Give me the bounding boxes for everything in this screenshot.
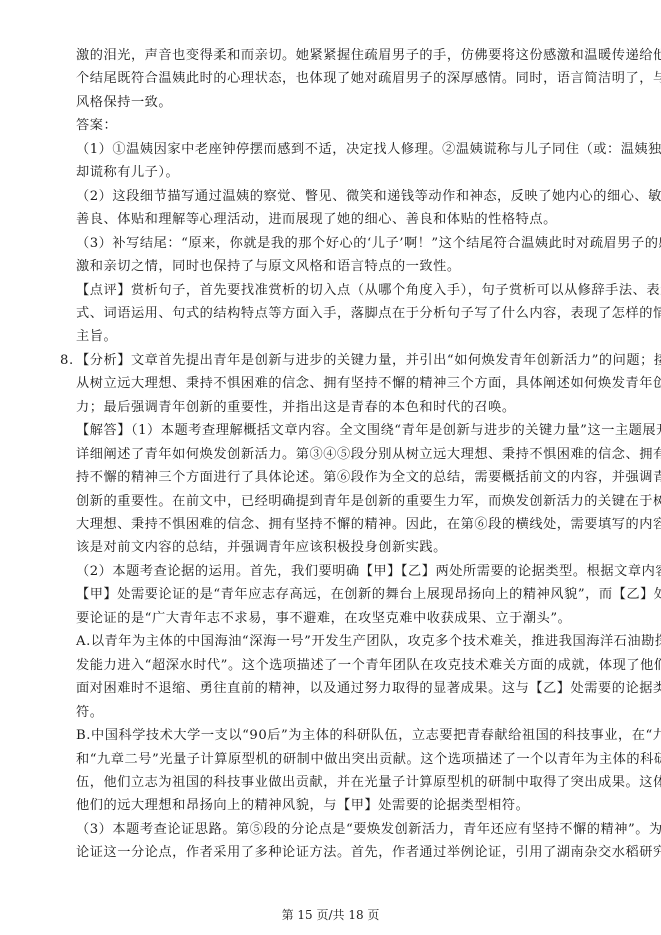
text-line: （2）本题考查论据的运用。首先，我们要明确【甲】【乙】两处所需要的论据类型。根据… [76, 562, 604, 582]
text-line: 要论证的是“广大青年志不求易，事不避难，在攻坚克难中收获成果、立于潮头”。 [76, 609, 604, 629]
text-line: 善良、体贴和理解等心理活动，进而展现了她的细心、善良和体贴的性格特点。 [76, 210, 604, 230]
text-line: 【点评】赏析句子，首先要找准赏析的切入点（从哪个角度入手），句子赏析可以从修辞手… [76, 281, 604, 301]
text-line: 面对困难时不退缩、勇往直前的精神，以及通过努力取得的显著成果。这与【乙】处需要的… [76, 679, 604, 699]
text-line: 持不懈的精神三个方面进行了具体论述。第⑥段作为全文的总结，需要概括前文的内容，并… [76, 468, 604, 488]
text-line: 大理想、秉持不惧困难的信念、拥有坚持不懈的精神。因此，在第⑥段的横线处，需要填写… [76, 515, 604, 535]
text-line: （3）本题考查论证思路。第⑤段的分论点是“要焕发创新活力，青年还应有坚持不懈的精… [76, 820, 604, 840]
text-line: 【甲】处需要论证的是“青年应志存高远，在创新的舞台上展现昂扬向上的精神风貌”，而… [76, 585, 604, 605]
text-line: A.以青年为主体的中国海油“深海一号”开发生产团队，攻克多个技术难关，推进我国海… [76, 632, 604, 652]
text-line: 发能力进入“超深水时代”。这个选项描述了一个青年团队在攻克技术难关方面的成就，体… [76, 656, 604, 676]
text-line: 从树立远大理想、秉持不惧困难的信念、拥有坚持不懈的精神三个方面，具体阐述如何焕发… [76, 374, 604, 394]
text-line: 主旨。 [76, 327, 604, 347]
text-line: B.中国科学技术大学一支以“90后”为主体的科研队伍，立志要把青春献给祖国的科技… [76, 726, 604, 746]
text-line: 详细阐述了青年如何焕发创新活力。第③④⑤段分别从树立远大理想、秉持不惧困难的信念… [76, 445, 604, 465]
text-line: 和“九章二号”光量子计算原型机的研制中做出突出贡献。这个选项描述了一个以青年为主… [76, 750, 604, 770]
text-line: 符。 [76, 703, 604, 723]
text-line: 创新的重要性。在前文中，已经明确提到青年是创新的重要生力军，而焕发创新活力的关键… [76, 492, 604, 512]
text-line: 论证这一分论点，作者采用了多种论证方法。首先，作者通过举例论证，引用了湖南杂交水… [76, 843, 604, 863]
text-line: 力；最后强调青年创新的重要性，并指出这是青春的本色和时代的召唤。 [76, 398, 604, 418]
text-line: 【解答】（1）本题考查理解概括文章内容。全文围绕“青年是创新与进步的关键力量”这… [76, 421, 604, 441]
text-line: （2）这段细节描写通过温姨的察觉、瞥见、微笑和递钱等动作和神态，反映了她内心的细… [76, 187, 604, 207]
text-line: 答案： [76, 116, 604, 136]
question-number: 8. [60, 351, 76, 371]
text-line: 他们的远大理想和昂扬向上的精神风貌，与【甲】处需要的论据类型相符。 [76, 796, 604, 816]
page-footer: 第 15 页/共 18 页 [0, 906, 661, 923]
text-line: 伍，他们立志为祖国的科技事业做出贡献，并在光量子计算原型机的研制中取得了突出成果… [76, 773, 604, 793]
text-line: 激的泪光，声音也变得柔和而亲切。她紧紧握住疏眉男子的手，仿佛要将这份感激和温暖传… [76, 46, 604, 66]
text-line: 该是对前文内容的总结，并强调青年应该积极投身创新实践。 [76, 538, 604, 558]
text-line: 个结尾既符合温姨此时的心理状态，也体现了她对疏眉男子的深厚感情。同时，语言简洁明… [76, 69, 604, 89]
text-line: 风格保持一致。 [76, 93, 604, 113]
text-line: （1）①温姨因家中老座钟停摆而感到不适，决定找人修理。②温姨谎称与儿子同住（或：… [76, 140, 604, 160]
text-line: 【分析】文章首先提出青年是创新与进步的关键力量，并引出“如何焕发青年创新活力”的… [76, 351, 604, 371]
text-line: 式、词语运用、句式的结构特点等方面入手，落脚点在于分析句子写了什么内容，表现了怎… [76, 304, 604, 324]
text-line: 却谎称有儿子）。 [76, 163, 604, 183]
text-line: （3）补写结尾：“原来，你就是我的那个好心的‘儿子’啊！”这个结尾符合温姨此时对… [76, 234, 604, 254]
document-page: 激的泪光，声音也变得柔和而亲切。她紧紧握住疏眉男子的手，仿佛要将这份感激和温暖传… [0, 0, 661, 935]
text-line: 激和亲切之情，同时也保持了与原文风格和语言特点的一致性。 [76, 257, 604, 277]
